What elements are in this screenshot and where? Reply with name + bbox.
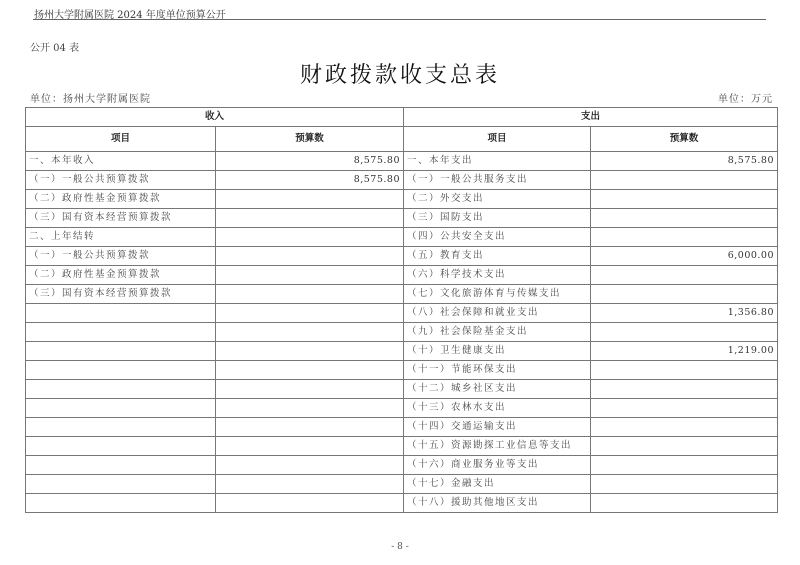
expense-item-cell: （一）一般公共服务支出: [404, 171, 591, 190]
unit-currency: 单位：万元: [718, 90, 773, 105]
table-row: （十三）农林水支出: [26, 399, 778, 418]
expense-amount-cell: 1,219.00: [591, 342, 778, 361]
income-amount-cell: [216, 494, 404, 513]
income-item-cell: [26, 323, 216, 342]
income-amount-cell: [216, 361, 404, 380]
expense-item-cell: （十三）农林水支出: [404, 399, 591, 418]
expense-amount-cell: [591, 266, 778, 285]
table-row: （十四）交通运输支出: [26, 418, 778, 437]
income-amount-cell: [216, 399, 404, 418]
table-row: （三）国有资本经营预算拨款（三）国防支出: [26, 209, 778, 228]
expense-amount-cell: [591, 361, 778, 380]
income-amount-cell: 8,575.80: [216, 152, 404, 171]
expense-amount-cell: [591, 171, 778, 190]
expense-item-cell: （四）公共安全支出: [404, 228, 591, 247]
income-item-cell: [26, 494, 216, 513]
expense-amount-cell: [591, 418, 778, 437]
income-item-cell: [26, 456, 216, 475]
income-item-cell: （二）政府性基金预算拨款: [26, 190, 216, 209]
expense-amount-cell: [591, 494, 778, 513]
expense-item-cell: （十二）城乡社区支出: [404, 380, 591, 399]
expense-amount-cell: 8,575.80: [591, 152, 778, 171]
table-row: （十八）援助其他地区支出: [26, 494, 778, 513]
income-amount-cell: [216, 456, 404, 475]
income-item-cell: [26, 361, 216, 380]
expense-item-cell: （十七）金融支出: [404, 475, 591, 494]
table-row: （一）一般公共预算拨款8,575.80（一）一般公共服务支出: [26, 171, 778, 190]
income-item-cell: 一、本年收入: [26, 152, 216, 171]
expense-amount-cell: [591, 380, 778, 399]
expense-item-cell: （七）文化旅游体育与传媒支出: [404, 285, 591, 304]
income-item-cell: [26, 399, 216, 418]
table-row: （三）国有资本经营预算拨款（七）文化旅游体育与传媒支出: [26, 285, 778, 304]
table-row: （八）社会保障和就业支出1,356.80: [26, 304, 778, 323]
expense-group-header: 支出: [404, 108, 778, 127]
budget-summary-table: 收入 支出 项目 预算数 项目 预算数 一、本年收入8,575.80一、本年支出…: [25, 107, 778, 513]
income-item-cell: [26, 437, 216, 456]
expense-item-cell: （五）教育支出: [404, 247, 591, 266]
table-row: （九）社会保险基金支出: [26, 323, 778, 342]
income-amount-cell: [216, 266, 404, 285]
income-item-cell: （三）国有资本经营预算拨款: [26, 209, 216, 228]
income-item-cell: 二、上年结转: [26, 228, 216, 247]
expense-amount-cell: 1,356.80: [591, 304, 778, 323]
expense-amount-header: 预算数: [591, 127, 778, 152]
table-row: （十二）城乡社区支出: [26, 380, 778, 399]
table-row: 二、上年结转（四）公共安全支出: [26, 228, 778, 247]
expense-amount-cell: [591, 456, 778, 475]
expense-item-cell: （十六）商业服务业等支出: [404, 456, 591, 475]
table-row: （一）一般公共预算拨款（五）教育支出6,000.00: [26, 247, 778, 266]
expense-item-cell: （二）外交支出: [404, 190, 591, 209]
income-amount-cell: [216, 475, 404, 494]
expense-amount-cell: [591, 285, 778, 304]
expense-amount-cell: [591, 228, 778, 247]
income-amount-cell: [216, 228, 404, 247]
column-header-row: 项目 预算数 项目 预算数: [26, 127, 778, 152]
income-item-cell: [26, 380, 216, 399]
income-item-cell: （一）一般公共预算拨款: [26, 247, 216, 266]
table-row: （十一）节能环保支出: [26, 361, 778, 380]
income-amount-cell: [216, 304, 404, 323]
income-amount-cell: [216, 342, 404, 361]
expense-item-cell: （六）科学技术支出: [404, 266, 591, 285]
income-item-cell: （三）国有资本经营预算拨款: [26, 285, 216, 304]
expense-amount-cell: [591, 399, 778, 418]
income-amount-cell: 8,575.80: [216, 171, 404, 190]
income-item-cell: [26, 418, 216, 437]
table-row: 一、本年收入8,575.80一、本年支出8,575.80: [26, 152, 778, 171]
income-item-header: 项目: [26, 127, 216, 152]
expense-amount-cell: [591, 323, 778, 342]
expense-amount-cell: [591, 209, 778, 228]
table-row: （十七）金融支出: [26, 475, 778, 494]
page-title: 财政拨款收支总表: [0, 58, 800, 89]
expense-item-cell: （十一）节能环保支出: [404, 361, 591, 380]
group-header-row: 收入 支出: [26, 108, 778, 127]
expense-item-cell: （十八）援助其他地区支出: [404, 494, 591, 513]
expense-item-cell: （三）国防支出: [404, 209, 591, 228]
income-amount-cell: [216, 209, 404, 228]
table-row: （十）卫生健康支出1,219.00: [26, 342, 778, 361]
form-code: 公开 04 表: [30, 39, 79, 54]
expense-amount-cell: [591, 190, 778, 209]
income-amount-cell: [216, 380, 404, 399]
income-amount-cell: [216, 437, 404, 456]
expense-item-cell: （十五）资源勘探工业信息等支出: [404, 437, 591, 456]
income-amount-cell: [216, 418, 404, 437]
expense-item-cell: 一、本年支出: [404, 152, 591, 171]
expense-amount-cell: [591, 437, 778, 456]
table-row: （十五）资源勘探工业信息等支出: [26, 437, 778, 456]
expense-item-cell: （九）社会保险基金支出: [404, 323, 591, 342]
income-item-cell: （一）一般公共预算拨款: [26, 171, 216, 190]
income-amount-cell: [216, 247, 404, 266]
table-row: （二）政府性基金预算拨款（六）科学技术支出: [26, 266, 778, 285]
page-number: - 8 -: [0, 542, 800, 552]
expense-item-header: 项目: [404, 127, 591, 152]
unit-organization: 单位：扬州大学附属医院: [30, 90, 151, 105]
expense-item-cell: （八）社会保障和就业支出: [404, 304, 591, 323]
income-group-header: 收入: [26, 108, 404, 127]
expense-item-cell: （十四）交通运输支出: [404, 418, 591, 437]
income-item-cell: [26, 475, 216, 494]
income-item-cell: （二）政府性基金预算拨款: [26, 266, 216, 285]
income-item-cell: [26, 342, 216, 361]
expense-amount-cell: 6,000.00: [591, 247, 778, 266]
table-row: （十六）商业服务业等支出: [26, 456, 778, 475]
income-amount-cell: [216, 323, 404, 342]
income-amount-cell: [216, 285, 404, 304]
income-amount-cell: [216, 190, 404, 209]
income-item-cell: [26, 304, 216, 323]
header-rule: [33, 19, 766, 20]
expense-item-cell: （十）卫生健康支出: [404, 342, 591, 361]
table-row: （二）政府性基金预算拨款（二）外交支出: [26, 190, 778, 209]
expense-amount-cell: [591, 475, 778, 494]
income-amount-header: 预算数: [216, 127, 404, 152]
